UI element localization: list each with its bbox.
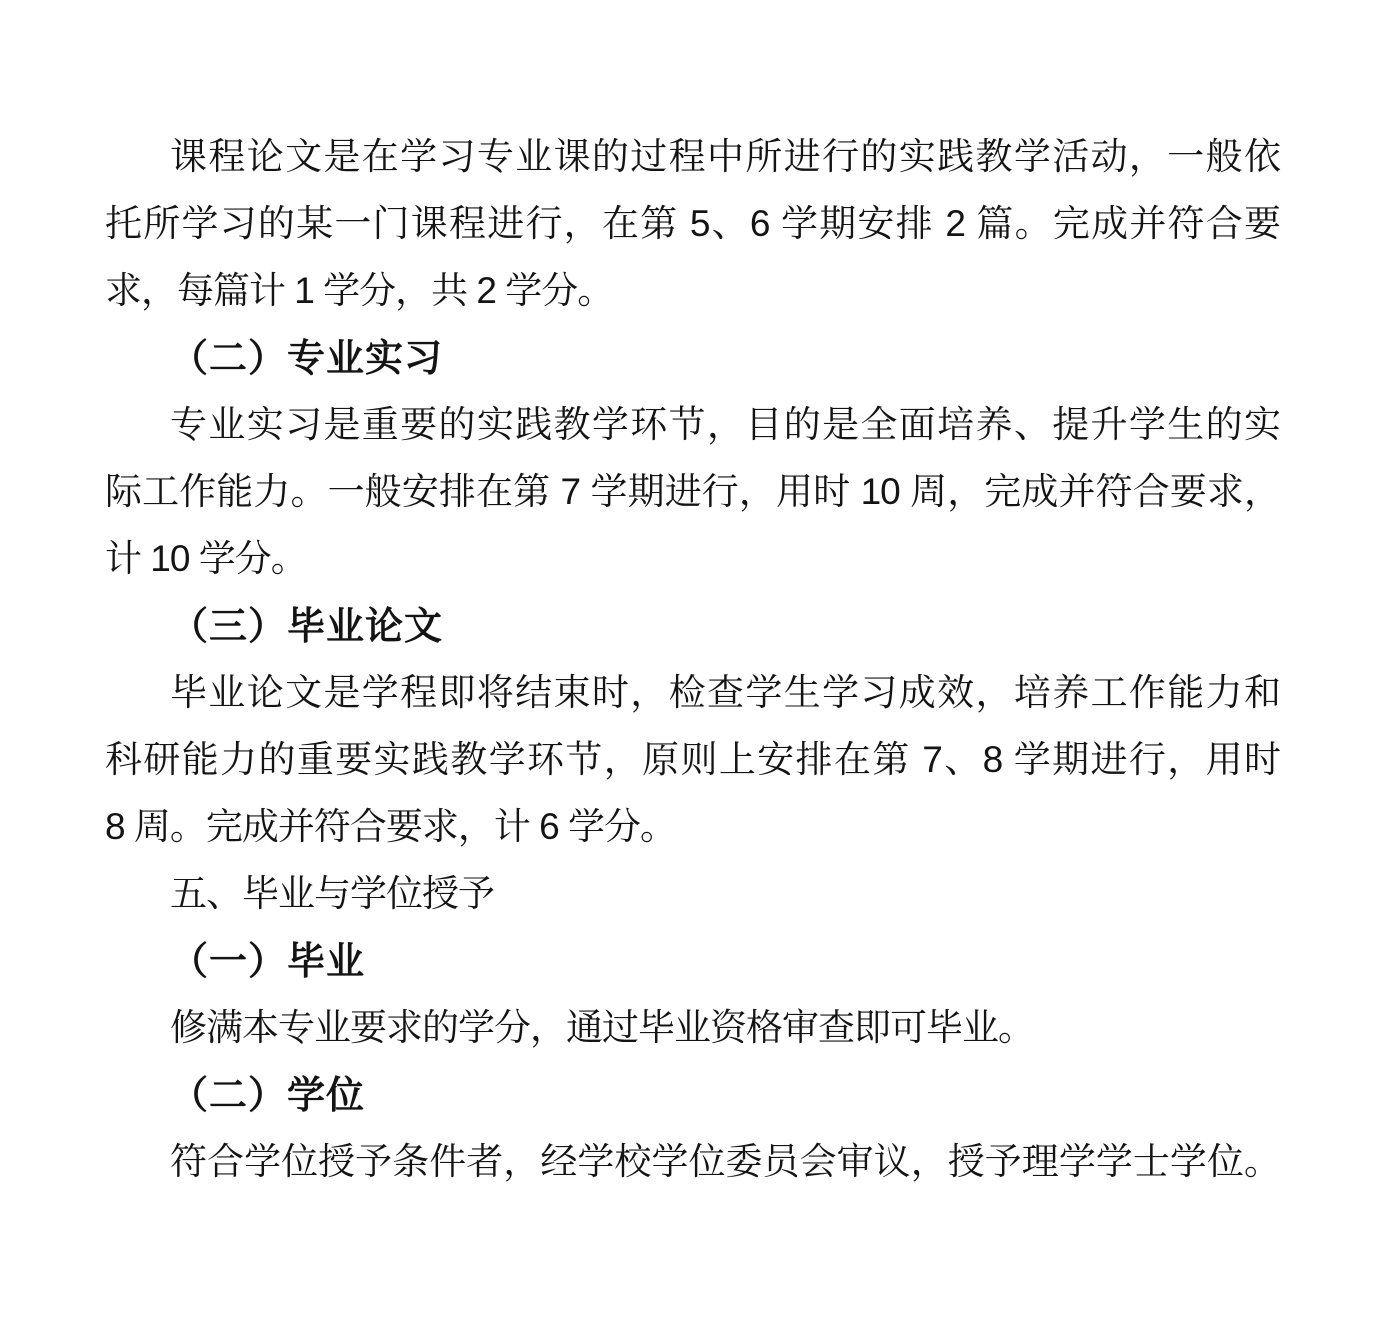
major-internship-line-3: 计 10 学分。 — [105, 525, 1280, 592]
major-internship-line-2: 际工作能力。一般安排在第 7 学期进行，用时 10 周，完成并符合要求， — [105, 458, 1280, 525]
graduation-thesis-line-1: 毕业论文是学程即将结束时，检查学生学习成效，培养工作能力和 — [105, 659, 1280, 726]
course-thesis-line-3: 求，每篇计 1 学分，共 2 学分。 — [105, 257, 1280, 324]
graduation-thesis-line-3: 8 周。完成并符合要求，计 6 学分。 — [105, 793, 1280, 860]
major-internship-line-1: 专业实习是重要的实践教学环节，目的是全面培养、提升学生的实 — [105, 391, 1280, 458]
course-thesis-line-2: 托所学习的某一门课程进行，在第 5、6 学期安排 2 篇。完成并符合要 — [105, 190, 1280, 257]
graduation-thesis-line-2: 科研能力的重要实践教学环节，原则上安排在第 7、8 学期进行，用时 — [105, 726, 1280, 793]
document-page: 课程论文是在学习专业课的过程中所进行的实践教学活动，一般依 托所学习的某一门课程… — [0, 0, 1378, 1337]
course-thesis-line-1: 课程论文是在学习专业课的过程中所进行的实践教学活动，一般依 — [105, 123, 1280, 190]
degree-award-line: 符合学位授予条件者，经学校学位委员会审议，授予理学学士学位。 — [105, 1128, 1280, 1195]
heading-graduation-thesis: （三）毕业论文 — [105, 592, 1280, 659]
graduation-requirement-line: 修满本专业要求的学分，通过毕业资格审查即可毕业。 — [105, 994, 1280, 1061]
heading-major-internship: （二）专业实习 — [105, 324, 1280, 391]
heading-graduation: （一）毕业 — [105, 927, 1280, 994]
heading-graduation-degree: 五、毕业与学位授予 — [105, 860, 1280, 927]
heading-degree: （二）学位 — [105, 1061, 1280, 1128]
